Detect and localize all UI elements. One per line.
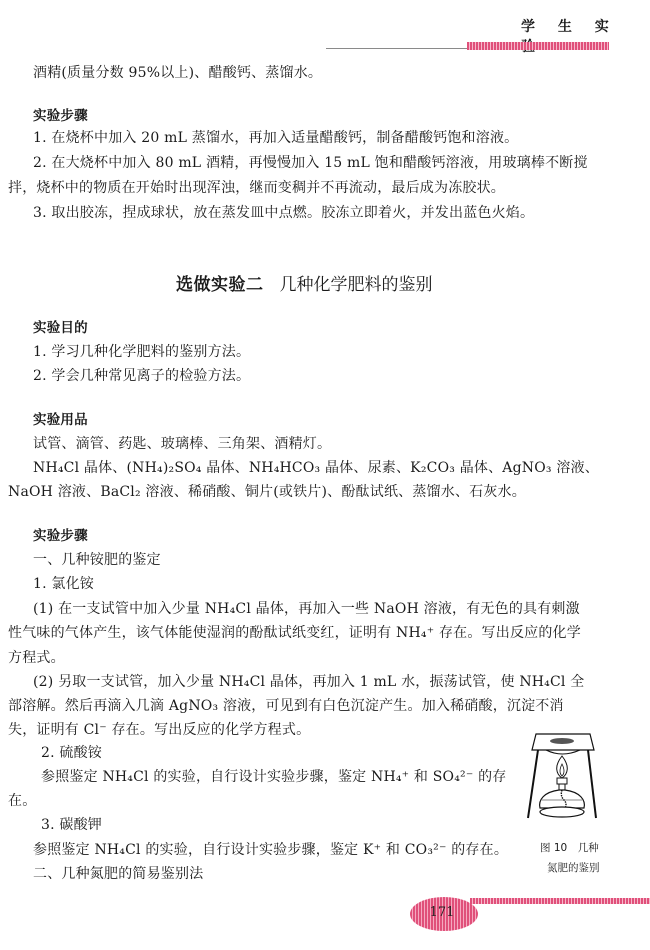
item3-heading: 3. 碳酸钾 [41, 815, 102, 835]
part1-heading: 一、几种铵肥的鉴定 [33, 550, 161, 570]
paragraph-line: 参照鉴定 NH₄Cl 的实验，自行设计实验步骤，鉴定 NH₄⁺ 和 SO₄²⁻ … [41, 767, 507, 787]
experiment-number: 选做实验二 [176, 275, 264, 295]
supplies-line: NH₄Cl 晶体、(NH₄)₂SO₄ 晶体、NH₄HCO₃ 晶体、尿素、K₂CO… [33, 458, 599, 478]
footer-stripe [470, 898, 650, 904]
supplies-line: NaOH 溶液、BaCl₂ 溶液、稀硝酸、铜片(或铁片)、酚酞试纸、蒸馏水、石灰… [8, 482, 526, 502]
step-line: 拌，烧杯中的物质在开始时出现浑浊，继而变稠并不再流动，最后成为冻胶状。 [8, 178, 505, 198]
header-title: 学 生 实 验 [521, 16, 650, 56]
steps-heading: 实验步骤 [33, 526, 88, 546]
purpose-item: 2. 学会几种常见离子的检验方法。 [33, 366, 250, 386]
supplies-heading: 实验用品 [33, 410, 88, 430]
supplies-line: 试管、滴管、药匙、玻璃棒、三角架、酒精灯。 [33, 434, 331, 454]
materials-tail: 酒精(质量分数 95%以上)、醋酸钙、蒸馏水。 [33, 63, 322, 83]
part2-heading: 二、几种氮肥的简易鉴别法 [33, 864, 203, 884]
alcohol-lamp-tripod-icon [524, 730, 600, 822]
section-title: 选做实验二几种化学肥料的鉴别 [176, 270, 433, 295]
header-rule [326, 48, 468, 49]
paragraph-line: 部溶解。然后再滴入几滴 AgNO₃ 溶液，可见到有白色沉淀产生。加入稀硝酸，沉淀… [8, 696, 564, 716]
paragraph-line: (2) 另取一支试管，加入少量 NH₄Cl 晶体，再加入 1 mL 水，振荡试管… [33, 672, 584, 692]
item1-heading: 1. 氯化铵 [33, 574, 94, 594]
paragraph-line: 方程式。 [8, 648, 65, 668]
experiment-title: 几种化学肥料的鉴别 [280, 275, 433, 295]
step-line: 1. 在烧杯中加入 20 mL 蒸馏水，再加入适量醋酸钙，制备醋酸钙饱和溶液。 [33, 128, 518, 148]
paragraph-line: (1) 在一支试管中加入少量 NH₄Cl 晶体，再加入一些 NaOH 溶液，有无… [33, 599, 580, 619]
page-number: 171 [410, 905, 474, 920]
figure-caption: 氮肥的鉴别 [547, 860, 600, 875]
step-line: 2. 在大烧杯中加入 80 mL 酒精，再慢慢加入 15 mL 饱和醋酸钙溶液，… [33, 153, 588, 173]
steps-heading: 实验步骤 [33, 106, 88, 126]
paragraph-line: 失，证明有 Cl⁻ 存在。写出反应的化学方程式。 [8, 720, 310, 740]
header-stripe [467, 42, 609, 50]
purpose-heading: 实验目的 [33, 318, 88, 338]
paragraph-line: 在。 [8, 791, 36, 811]
paragraph-line: 性气味的气体产生，该气体能使湿润的酚酞试纸变红，证明有 NH₄⁺ 存在。写出反应… [8, 623, 581, 643]
purpose-item: 1. 学习几种化学肥料的鉴别方法。 [33, 342, 250, 362]
paragraph-line: 参照鉴定 NH₄Cl 的实验，自行设计实验步骤，鉴定 K⁺ 和 CO₃²⁻ 的存… [33, 840, 508, 860]
step-line: 3. 取出胶冻，捏成球状，放在蒸发皿中点燃。胶冻立即着火，并发出蓝色火焰。 [33, 203, 534, 223]
item2-heading: 2. 硫酸铵 [41, 743, 102, 763]
figure-caption: 图 10 几种 [540, 840, 599, 855]
